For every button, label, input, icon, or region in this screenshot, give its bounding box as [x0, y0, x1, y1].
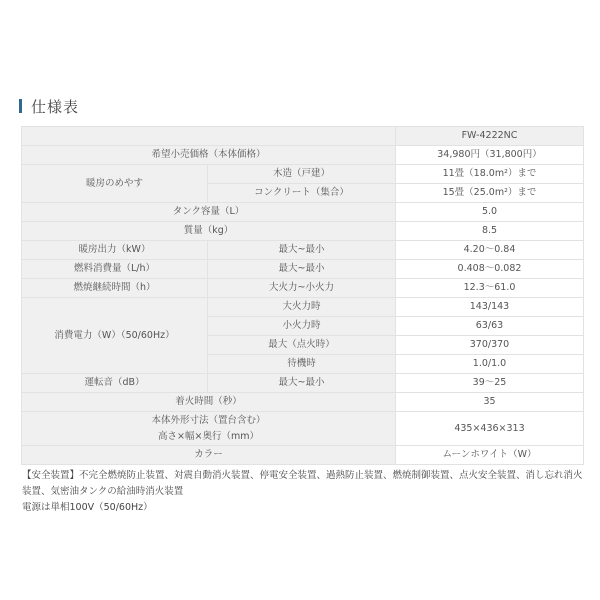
table-row: 運転音（dB） 最大~最小 39～25: [22, 374, 584, 393]
dimensions-label-line2: 高さ×幅×奥行（mm）: [22, 429, 395, 445]
ignition-value: 35: [396, 393, 584, 412]
fuel-value: 0.408～0.082: [396, 260, 584, 279]
model-header: FW-4222NC: [396, 127, 584, 146]
output-value: 4.20～0.84: [396, 241, 584, 260]
output-sub-label: 最大~最小: [208, 241, 396, 260]
price-value: 34,980円（31,800円）: [396, 146, 584, 165]
table-row: 着火時間（秒） 35: [22, 393, 584, 412]
table-row: 燃料消費量（L/h） 最大~最小 0.408～0.082: [22, 260, 584, 279]
header-blank-cell: [22, 127, 396, 146]
table-row: タンク容量（L） 5.0: [22, 203, 584, 222]
power-low-sub-label: 小火力時: [208, 317, 396, 336]
table-row: 暖房のめやす 木造（戸建） 11畳（18.0m²）まで: [22, 165, 584, 184]
table-row: 消費電力（W）（50/60Hz） 大火力時 143/143: [22, 298, 584, 317]
table-row: 暖房出力（kW） 最大~最小 4.20～0.84: [22, 241, 584, 260]
section-title-text: 仕様表: [31, 96, 79, 117]
noise-sub-label: 最大~最小: [208, 374, 396, 393]
burn-time-value: 12.3～61.0: [396, 279, 584, 298]
power-max-sub-label: 最大（点火時）: [208, 336, 396, 355]
power-high-value: 143/143: [396, 298, 584, 317]
table-header-row: FW-4222NC: [22, 127, 584, 146]
safety-devices-note: 【安全装置】不完全燃焼防止装置、対震自動消火装置、停電安全装置、過熱防止装置、燃…: [22, 468, 588, 500]
dimensions-label: 本体外形寸法（置台含む） 高さ×幅×奥行（mm）: [22, 412, 396, 446]
power-label: 消費電力（W）（50/60Hz）: [22, 298, 208, 374]
fuel-label: 燃料消費量（L/h）: [22, 260, 208, 279]
title-accent-bar: [19, 99, 22, 113]
notes: 【安全装置】不完全燃焼防止装置、対震自動消火装置、停電安全装置、過熱防止装置、燃…: [22, 468, 588, 516]
wood-value: 11畳（18.0m²）まで: [396, 165, 584, 184]
dimensions-value: 435×436×313: [396, 412, 584, 446]
power-standby-sub-label: 待機時: [208, 355, 396, 374]
price-label: 希望小売価格（本体価格）: [22, 146, 396, 165]
table-row: 希望小売価格（本体価格） 34,980円（31,800円）: [22, 146, 584, 165]
table-row: カラー ムーンホワイト（W）: [22, 446, 584, 465]
fuel-sub-label: 最大~最小: [208, 260, 396, 279]
ignition-label: 着火時間（秒）: [22, 393, 396, 412]
dimensions-label-line1: 本体外形寸法（置台含む）: [22, 413, 395, 429]
table-row: 質量（kg） 8.5: [22, 222, 584, 241]
burn-time-label: 燃焼継続時間（h）: [22, 279, 208, 298]
wood-sub-label: 木造（戸建）: [208, 165, 396, 184]
power-standby-value: 1.0/1.0: [396, 355, 584, 374]
concrete-value: 15畳（25.0m²）まで: [396, 184, 584, 203]
weight-value: 8.5: [396, 222, 584, 241]
output-label: 暖房出力（kW）: [22, 241, 208, 260]
spec-table: FW-4222NC 希望小売価格（本体価格） 34,980円（31,800円） …: [21, 126, 584, 465]
color-value: ムーンホワイト（W）: [396, 446, 584, 465]
noise-value: 39～25: [396, 374, 584, 393]
power-source-note: 電源は単相100V（50/60Hz）: [22, 500, 588, 516]
table-row: 本体外形寸法（置台含む） 高さ×幅×奥行（mm） 435×436×313: [22, 412, 584, 446]
color-label: カラー: [22, 446, 396, 465]
concrete-sub-label: コンクリート（集合）: [208, 184, 396, 203]
burn-time-sub-label: 大火力~小火力: [208, 279, 396, 298]
noise-label: 運転音（dB）: [22, 374, 208, 393]
heating-guide-label: 暖房のめやす: [22, 165, 208, 203]
power-max-value: 370/370: [396, 336, 584, 355]
power-high-sub-label: 大火力時: [208, 298, 396, 317]
power-low-value: 63/63: [396, 317, 584, 336]
table-row: 燃焼継続時間（h） 大火力~小火力 12.3～61.0: [22, 279, 584, 298]
tank-label: タンク容量（L）: [22, 203, 396, 222]
weight-label: 質量（kg）: [22, 222, 396, 241]
tank-value: 5.0: [396, 203, 584, 222]
section-title: 仕様表: [19, 96, 79, 116]
